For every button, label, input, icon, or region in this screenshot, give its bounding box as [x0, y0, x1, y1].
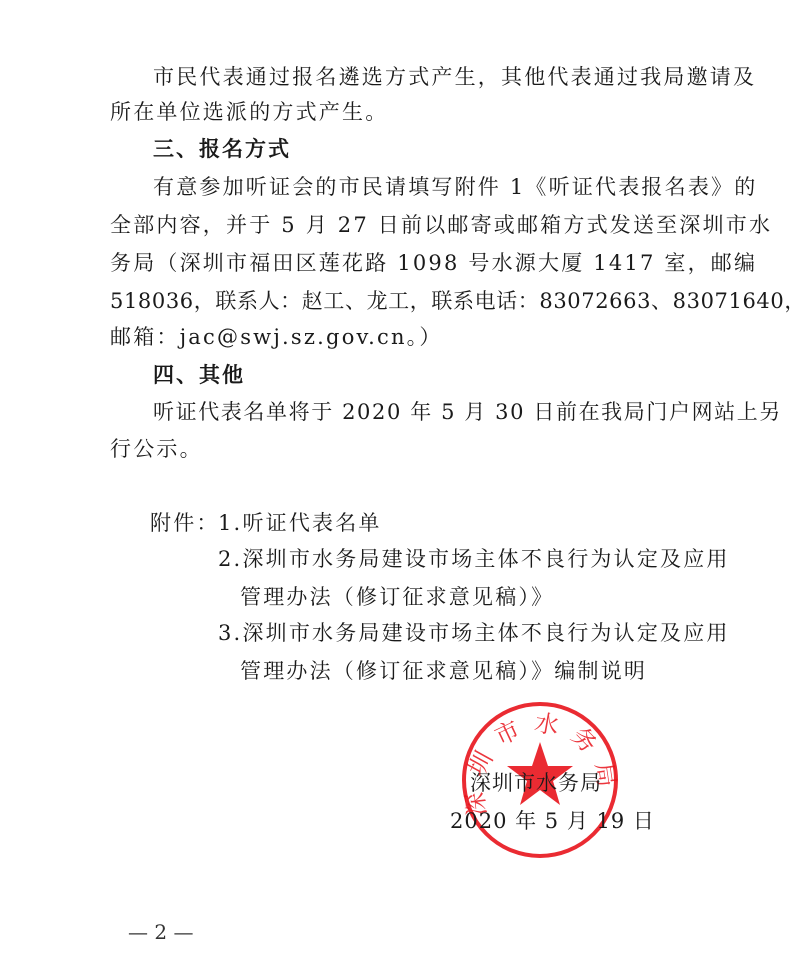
paragraph-line: 518036，联系人：赵工、龙工，联系电话：83072663、83071640，: [110, 286, 700, 316]
attachment-item-1: 1.听证代表名单: [218, 508, 800, 538]
paragraph-line: 市民代表通过报名遴选方式产生，其他代表通过我局邀请及: [153, 62, 743, 92]
paragraph-line: 全部内容，并于 5 月 27 日前以邮寄或邮箱方式发送至深圳市水: [110, 210, 700, 240]
attachment-item-2: 2.深圳市水务局建设市场主体不良行为认定及应用: [218, 544, 800, 574]
paragraph-line: 有意参加听证会的市民请填写附件 1《听证代表报名表》的: [153, 172, 743, 202]
attachment-number: 1.: [218, 511, 242, 535]
attachment-item-2-cont: 管理办法（修订征求意见稿）》: [240, 582, 800, 612]
attachment-title: 深圳市水务局建设市场主体不良行为认定及应用: [242, 547, 729, 571]
attachment-title: 深圳市水务局建设市场主体不良行为认定及应用: [242, 621, 729, 645]
attachment-item-3: 3.深圳市水务局建设市场主体不良行为认定及应用: [218, 618, 800, 648]
section-heading-4: 四、其他: [153, 360, 743, 390]
paragraph-line: 听证代表名单将于 2020 年 5 月 30 日前在我局门户网站上另: [153, 397, 743, 427]
paragraph-line: 务局（深圳市福田区莲花路 1098 号水源大厦 1417 室，邮编: [110, 248, 700, 278]
section-heading-3: 三、报名方式: [153, 134, 743, 164]
paragraph-line: 所在单位选派的方式产生。: [110, 97, 700, 127]
page-number: — 2 —: [128, 920, 193, 944]
signature-organization: 深圳市水务局: [470, 768, 602, 798]
paragraph-line: 行公示。: [110, 434, 700, 464]
email-line: 邮箱：jac@swj.sz.gov.cn。）: [110, 322, 700, 352]
attachment-item-3-cont: 管理办法（修订征求意见稿）》编制说明: [240, 656, 800, 686]
attachment-number: 2.: [218, 547, 242, 571]
attachment-title: 听证代表名单: [242, 511, 381, 535]
signature-date: 2020 年 5 月 19 日: [450, 806, 655, 836]
attachment-number: 3.: [218, 621, 242, 645]
